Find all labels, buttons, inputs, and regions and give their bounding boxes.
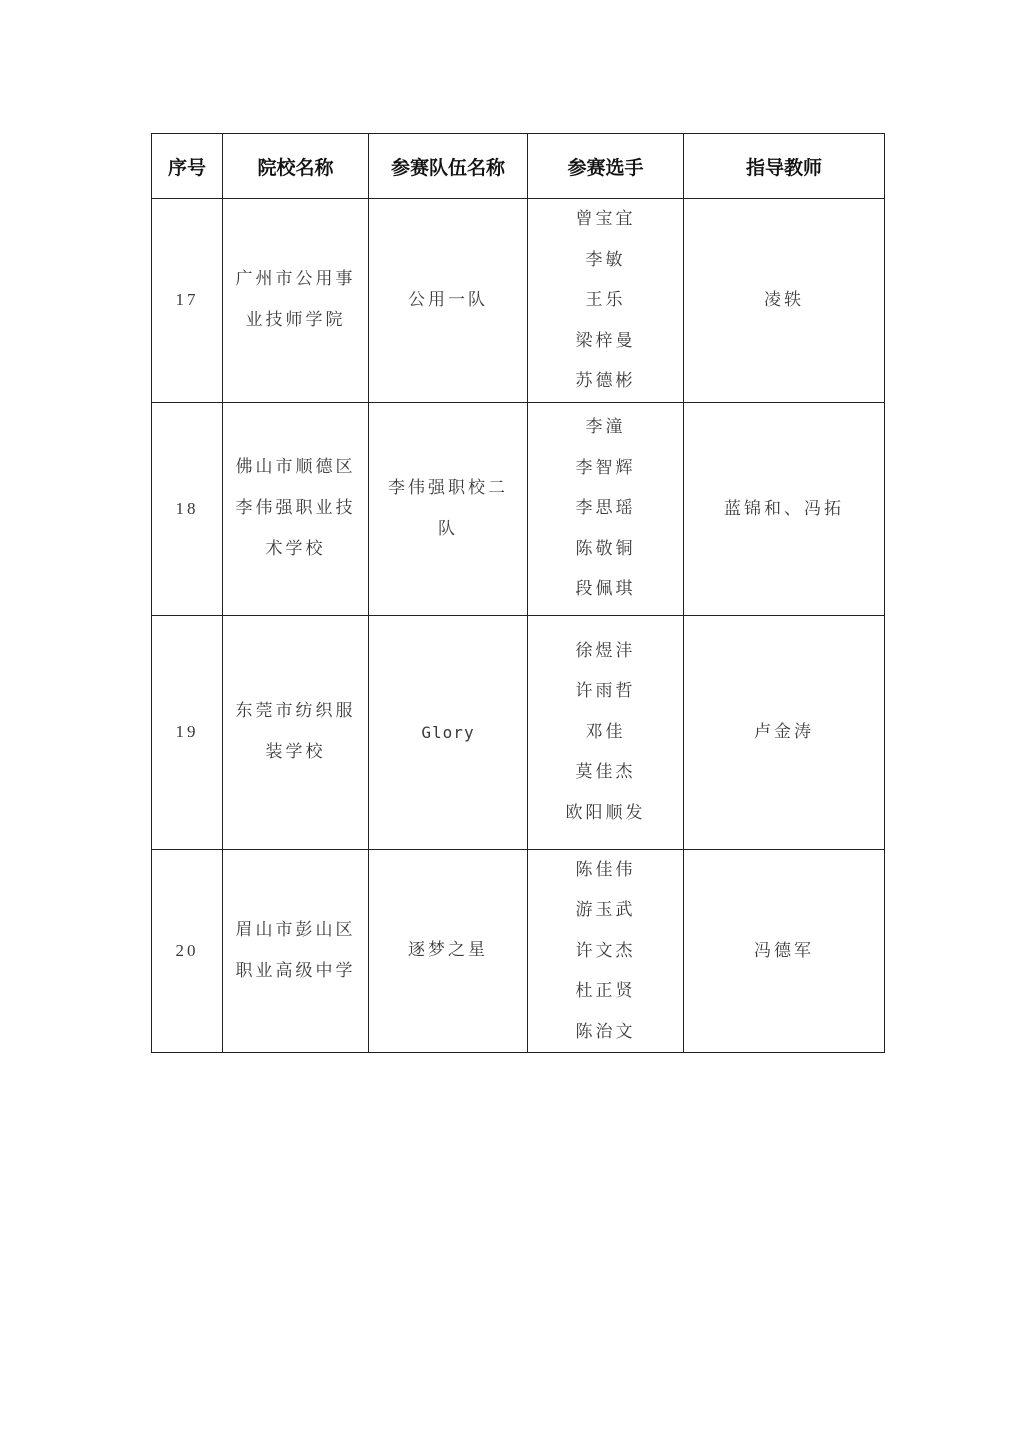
team-roster-table: 序号 院校名称 参赛队伍名称 参赛选手 指导教师 17 广州市公用事业技师学院 … <box>151 133 885 1053</box>
player-name: 徐煜沣 <box>528 631 683 672</box>
row-team: 逐梦之星 <box>369 849 528 1053</box>
row-coach: 卢金涛 <box>684 615 885 849</box>
table-row: 17 广州市公用事业技师学院 公用一队 曾宝宜 李敏 王乐 梁梓曼 苏德彬 凌轶 <box>152 199 885 403</box>
player-name: 许文杰 <box>528 931 683 972</box>
team-name: 公用一队 <box>385 280 511 321</box>
table-header-row: 序号 院校名称 参赛队伍名称 参赛选手 指导教师 <box>152 134 885 199</box>
row-school: 佛山市顺德区李伟强职业技术学校 <box>223 402 369 615</box>
school-name: 眉山市彭山区职业高级中学 <box>231 910 361 992</box>
document-page: 序号 院校名称 参赛队伍名称 参赛选手 指导教师 17 广州市公用事业技师学院 … <box>0 0 1024 1447</box>
school-name: 佛山市顺德区李伟强职业技术学校 <box>231 447 361 570</box>
header-index: 序号 <box>152 134 223 199</box>
team-name: 逐梦之星 <box>385 930 511 971</box>
row-coach: 凌轶 <box>684 199 885 403</box>
player-name: 曾宝宜 <box>528 199 683 240</box>
row-index: 19 <box>152 615 223 849</box>
player-name: 邓佳 <box>528 712 683 753</box>
header-coach: 指导教师 <box>684 134 885 199</box>
school-name: 东莞市纺织服装学校 <box>231 691 361 773</box>
player-name: 陈敬铜 <box>528 529 683 570</box>
row-team: Glory <box>369 615 528 849</box>
table-row: 20 眉山市彭山区职业高级中学 逐梦之星 陈佳伟 游玉武 许文杰 杜正贤 陈治文… <box>152 849 885 1053</box>
player-name: 段佩琪 <box>528 569 683 610</box>
row-school: 广州市公用事业技师学院 <box>223 199 369 403</box>
row-index: 20 <box>152 849 223 1053</box>
row-team: 公用一队 <box>369 199 528 403</box>
player-name: 许雨哲 <box>528 671 683 712</box>
row-players: 陈佳伟 游玉武 许文杰 杜正贤 陈治文 <box>528 849 684 1053</box>
player-name: 苏德彬 <box>528 361 683 402</box>
player-name: 游玉武 <box>528 890 683 931</box>
player-name: 王乐 <box>528 280 683 321</box>
player-name: 陈治文 <box>528 1012 683 1053</box>
table-row: 19 东莞市纺织服装学校 Glory 徐煜沣 许雨哲 邓佳 莫佳杰 欧阳顺发 卢… <box>152 615 885 849</box>
school-name: 广州市公用事业技师学院 <box>231 259 361 341</box>
table-row: 18 佛山市顺德区李伟强职业技术学校 李伟强职校二队 李潼 李智辉 李思瑶 陈敬… <box>152 402 885 615</box>
row-players: 李潼 李智辉 李思瑶 陈敬铜 段佩琪 <box>528 402 684 615</box>
row-coach: 冯德军 <box>684 849 885 1053</box>
header-school: 院校名称 <box>223 134 369 199</box>
row-index: 17 <box>152 199 223 403</box>
player-name: 莫佳杰 <box>528 752 683 793</box>
team-name: Glory <box>385 712 511 753</box>
player-name: 陈佳伟 <box>528 850 683 891</box>
row-school: 东莞市纺织服装学校 <box>223 615 369 849</box>
player-name: 李智辉 <box>528 448 683 489</box>
row-coach: 蓝锦和、冯拓 <box>684 402 885 615</box>
header-team: 参赛队伍名称 <box>369 134 528 199</box>
row-players: 曾宝宜 李敏 王乐 梁梓曼 苏德彬 <box>528 199 684 403</box>
row-players: 徐煜沣 许雨哲 邓佳 莫佳杰 欧阳顺发 <box>528 615 684 849</box>
team-name: 李伟强职校二队 <box>385 468 511 550</box>
player-name: 梁梓曼 <box>528 321 683 362</box>
player-name: 杜正贤 <box>528 971 683 1012</box>
player-name: 李敏 <box>528 240 683 281</box>
player-name: 李思瑶 <box>528 488 683 529</box>
player-name: 李潼 <box>528 407 683 448</box>
row-school: 眉山市彭山区职业高级中学 <box>223 849 369 1053</box>
row-index: 18 <box>152 402 223 615</box>
header-players: 参赛选手 <box>528 134 684 199</box>
row-team: 李伟强职校二队 <box>369 402 528 615</box>
player-name: 欧阳顺发 <box>528 793 683 834</box>
